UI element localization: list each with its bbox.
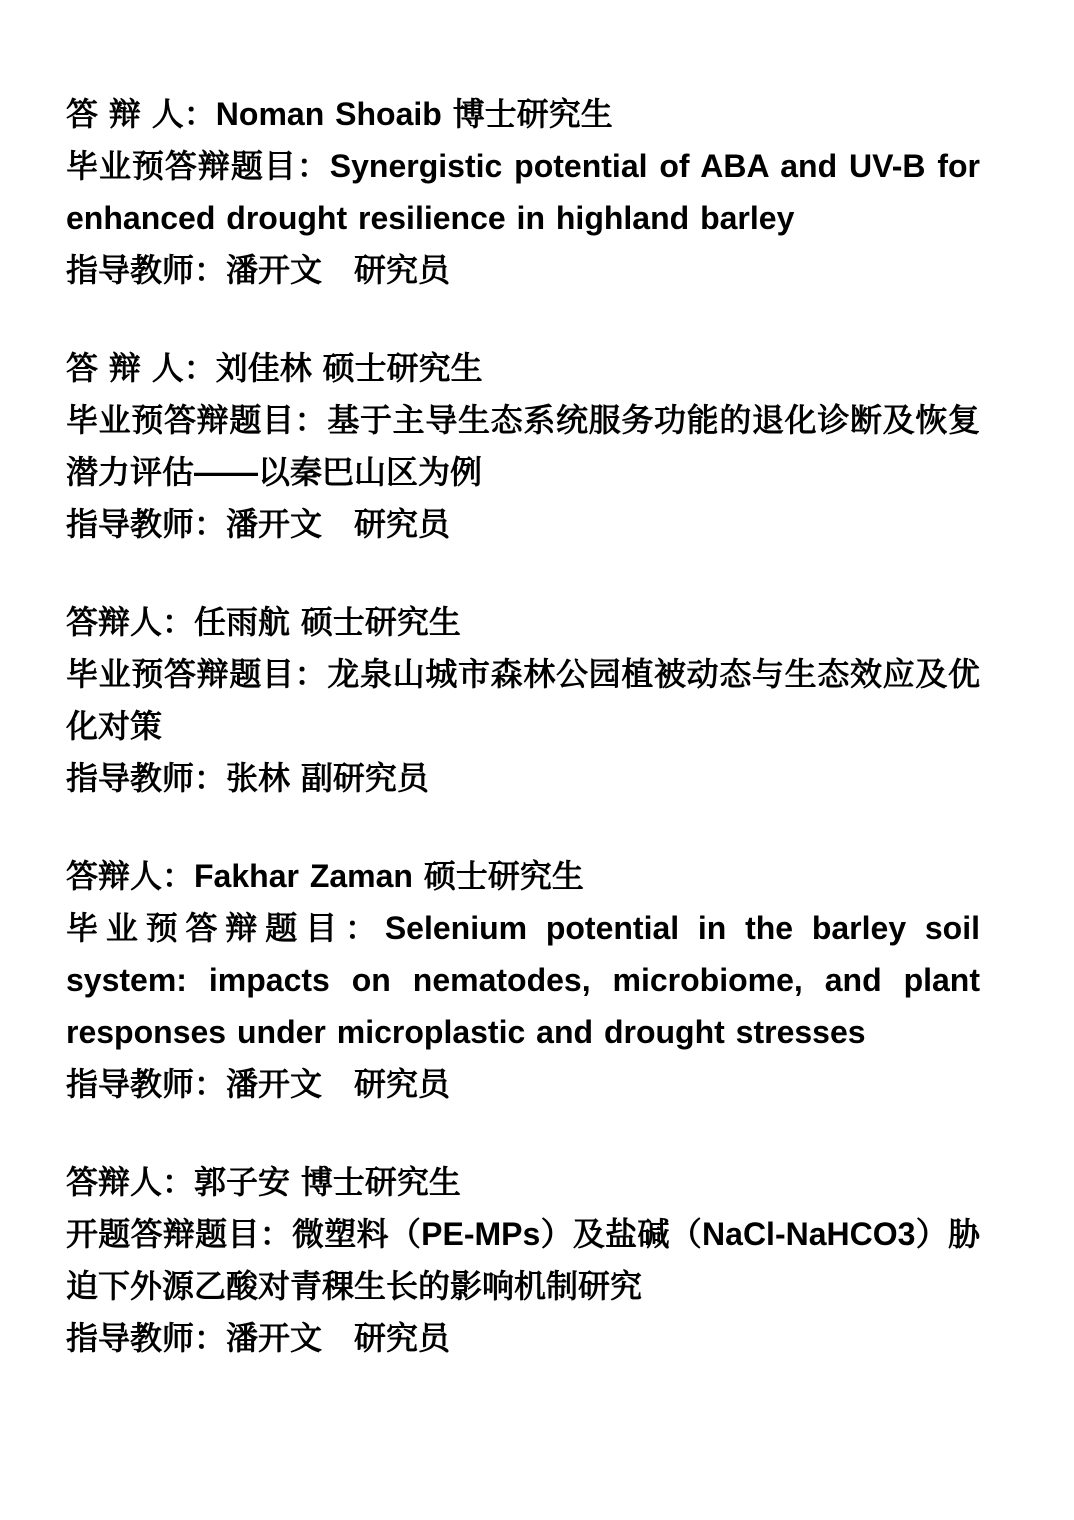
thesis-title-line: 毕业预答辩题目：Selenium potential in the barley…	[66, 902, 980, 1058]
candidate-line: 答 辩 人：刘佳林 硕士研究生	[66, 342, 980, 394]
candidate-line: 答辩人：任雨航 硕士研究生	[66, 596, 980, 648]
advisor-line: 指导教师：潘开文 研究员	[66, 1058, 980, 1110]
defense-entry-5: 答辩人：郭子安 博士研究生 开题答辩题目：微塑料（PE-MPs）及盐碱（NaCl…	[66, 1156, 980, 1364]
candidate-line: 答辩人：Fakhar Zaman 硕士研究生	[66, 850, 980, 902]
advisor-line: 指导教师：潘开文 研究员	[66, 498, 980, 550]
defense-entry-2: 答 辩 人：刘佳林 硕士研究生 毕业预答辩题目：基于主导生态系统服务功能的退化诊…	[66, 342, 980, 550]
thesis-title-line: 毕业预答辩题目：龙泉山城市森林公园植被动态与生态效应及优化对策	[66, 648, 980, 752]
defense-entry-4: 答辩人：Fakhar Zaman 硕士研究生 毕业预答辩题目：Selenium …	[66, 850, 980, 1110]
advisor-line: 指导教师：潘开文 研究员	[66, 244, 980, 296]
advisor-line: 指导教师：潘开文 研究员	[66, 1312, 980, 1364]
candidate-line: 答辩人：郭子安 博士研究生	[66, 1156, 980, 1208]
thesis-title-line: 毕业预答辩题目：基于主导生态系统服务功能的退化诊断及恢复潜力评估——以秦巴山区为…	[66, 394, 980, 498]
advisor-line: 指导教师：张林 副研究员	[66, 752, 980, 804]
defense-entry-1: 答 辩 人：Noman Shoaib 博士研究生 毕业预答辩题目：Synergi…	[66, 88, 980, 296]
candidate-line: 答 辩 人：Noman Shoaib 博士研究生	[66, 88, 980, 140]
thesis-title-line: 毕业预答辩题目：Synergistic potential of ABA and…	[66, 140, 980, 244]
document-page: 答 辩 人：Noman Shoaib 博士研究生 毕业预答辩题目：Synergi…	[0, 0, 1074, 1520]
thesis-title-line: 开题答辩题目：微塑料（PE-MPs）及盐碱（NaCl-NaHCO3）胁迫下外源乙…	[66, 1208, 980, 1312]
defense-entry-3: 答辩人：任雨航 硕士研究生 毕业预答辩题目：龙泉山城市森林公园植被动态与生态效应…	[66, 596, 980, 804]
